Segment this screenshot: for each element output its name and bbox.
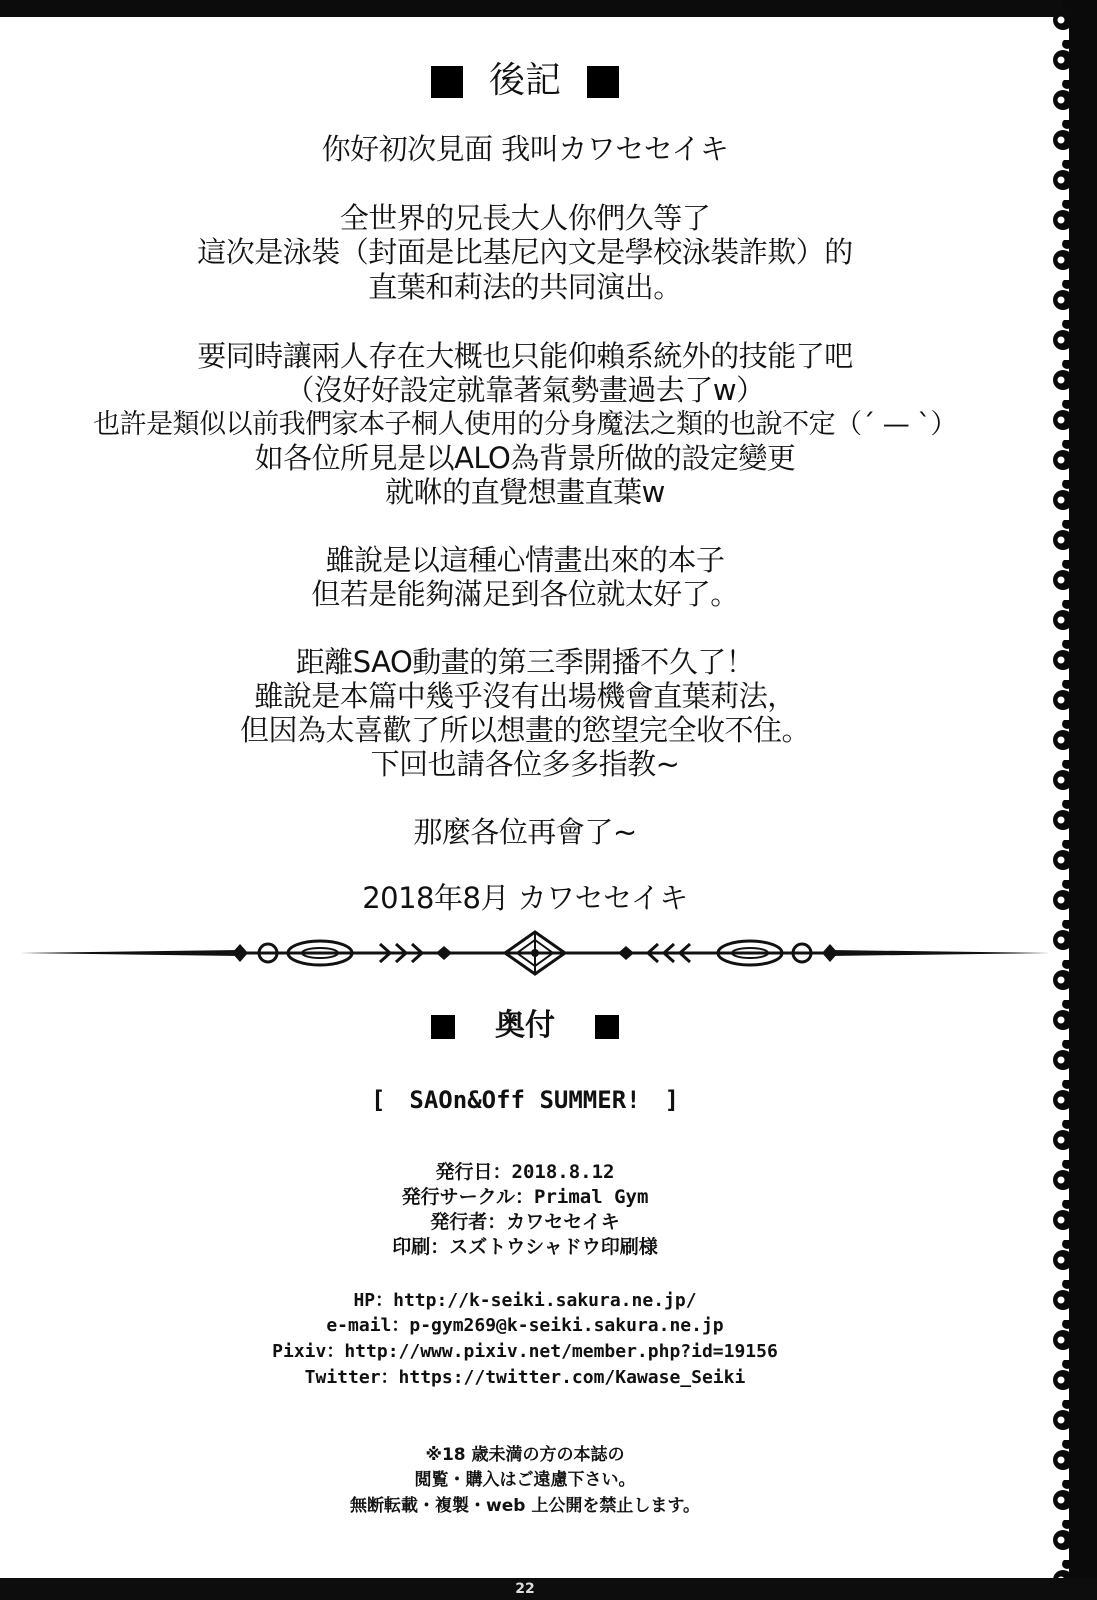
black-square-icon [431, 66, 463, 98]
black-square-icon [587, 66, 619, 98]
black-square-icon [431, 1015, 455, 1039]
email-link[interactable]: e-mail：p-gym269@k-seiki.sakura.ne.jp [0, 1311, 1050, 1337]
afterword-line: 你好初次見面 我叫カワセセイキ [0, 127, 1050, 168]
afterword-line: 但若是能夠滿足到各位就太好了。 [0, 572, 1050, 613]
page-content: 後記 你好初次見面 我叫カワセセイキ 全世界的兄長大人你們久等了 這次是泳裝（封… [0, 0, 1050, 1578]
publish-date: 発行日：2018.8.12 [0, 1157, 1050, 1184]
afterword-line: 下回也請各位多多指教~ [0, 742, 1050, 783]
publisher: 発行者：カワセセイキ [0, 1207, 1050, 1234]
afterword-signature: 2018年8月 カワセセイキ [0, 876, 1050, 917]
page-number: 22 [0, 1578, 1050, 1600]
pixiv-link[interactable]: Pixiv：http://www.pixiv.net/member.php?id… [0, 1337, 1050, 1363]
age-notice: ※18 歳未満の方の本誌の [0, 1440, 1050, 1465]
afterword-heading: 後記 [0, 52, 1050, 103]
afterword-line: 直葉和莉法的共同演出。 [0, 265, 1050, 306]
ornamental-divider-icon [20, 930, 1050, 976]
printer: 印刷：スズトウシャドウ印刷様 [0, 1232, 1050, 1259]
age-notice: 閲覧・購入はご遠慮下さい。 [0, 1465, 1050, 1490]
afterword-line: 那麼各位再會了~ [0, 810, 1050, 851]
twitter-link[interactable]: Twitter：https://twitter.com/Kawase_Seiki [0, 1363, 1050, 1389]
afterword-line: 就咻的直覺想畫直葉w [0, 470, 1050, 511]
colophon-heading: 奥付 [0, 1000, 1050, 1044]
black-square-icon [595, 1015, 619, 1039]
copyright-notice: 無断転載・複製・web 上公開を禁止します。 [0, 1491, 1050, 1516]
book-title: [ SAOn&Off SUMMER! ] [0, 1080, 1050, 1115]
homepage-link[interactable]: HP：http://k-seiki.sakura.ne.jp/ [0, 1286, 1050, 1312]
publishing-circle: 発行サークル：Primal Gym [0, 1182, 1050, 1209]
